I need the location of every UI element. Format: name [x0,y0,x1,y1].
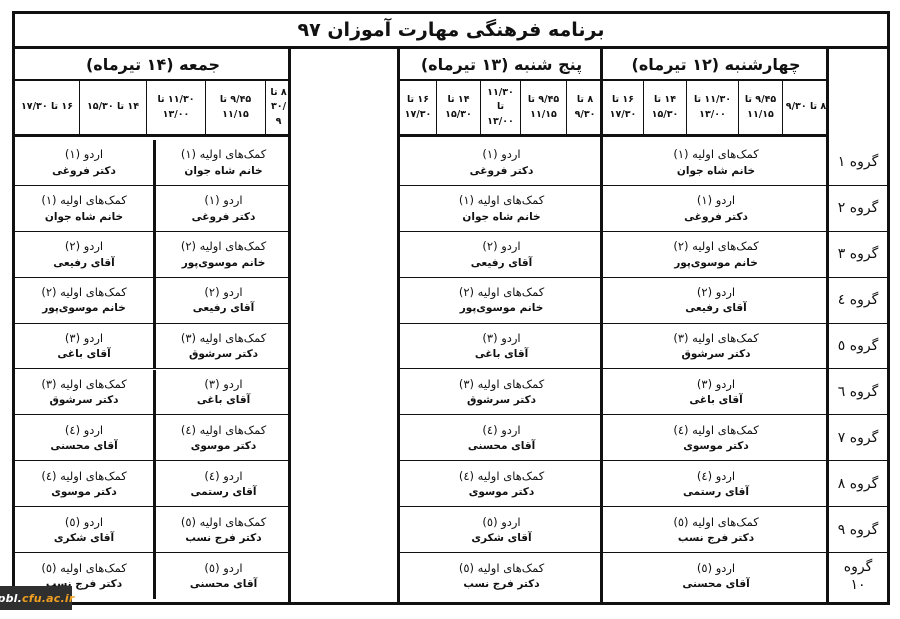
course-name: اردو (۲) [697,283,735,301]
course-name: کمک‌های اولیه (۳) [181,329,266,347]
session-cell-morning: کمک‌های اولیه (٤)دکتر موسوی [153,415,291,460]
session-cell: اردو (۳)آقای باغی [603,370,829,415]
course-name: کمک‌های اولیه (٤) [41,467,126,485]
group-rows: گروه ۱گروه ۲گروه ۳گروه ٤گروه ٥گروه ٦گروه… [829,140,887,602]
session-cell: اردو (٤)آقای محسنی [400,415,603,460]
table-row: کمک‌های اولیه (٥)دکتر فرج نسب [603,507,829,553]
teacher-name: آقای محسنی [468,439,535,455]
course-name: اردو (٥) [204,559,242,577]
course-name: کمک‌های اولیه (۱) [41,191,126,209]
teacher-name: آقای محسنی [50,439,117,455]
session-cell: کمک‌های اولیه (٤)دکتر موسوی [400,461,603,506]
group-label: گروه ۳ [829,232,887,278]
teacher-name: خانم شاه جوان [184,164,262,180]
session-cell-morning: اردو (٤)آقای رستمی [153,461,291,506]
course-name: کمک‌های اولیه (۲) [181,237,266,255]
table-row: اردو (۲)آقای رفیعی [603,278,829,324]
table-row: کمک‌های اولیه (٥)دکتر فرج نسب [400,553,603,599]
teacher-name: دکتر سرشوق [681,347,750,363]
course-name: کمک‌های اولیه (۱) [181,145,266,163]
table-row: اردو (۱)دکتر فروغی [400,140,603,186]
time-slot: ۹/۴۵ تا ۱۱/۱۵ [520,81,566,134]
session-cell-morning: کمک‌های اولیه (۲)خانم موسوی‌پور [153,232,291,277]
teacher-name: دکتر فروغی [192,210,256,226]
table-row: کمک‌های اولیه (٤)دکتر موسوی [400,461,603,507]
teacher-name: آقای رفیعی [53,256,114,272]
session-cell: کمک‌های اولیه (٥)دکتر فرج نسب [603,507,829,552]
teacher-name: آقای شکری [471,531,531,547]
course-name: اردو (٤) [482,421,520,439]
table-row: کمک‌های اولیه (٤)دکتر موسویاردو (٤)آقای … [15,415,291,461]
time-slot: ۱۱/۳۰ تا ۱۳/۰۰ [146,81,205,134]
teacher-name: آقای رفیعی [193,301,254,317]
day-column-thursday: پنج شنبه (۱۳ تیرماه) ۸ تا ۹/۳۰۹/۴۵ تا ۱۱… [397,49,603,602]
course-name: اردو (۳) [482,329,520,347]
teacher-name: آقای شکری [54,531,114,547]
session-cell: کمک‌های اولیه (٥)دکتر فرج نسب [400,553,603,599]
table-row: اردو (۳)آقای باغی [400,324,603,370]
teacher-name: دکتر فرج نسب [678,531,754,547]
teacher-name: آقای محسنی [190,577,257,593]
teacher-name: آقای باغی [475,347,528,363]
course-name: کمک‌های اولیه (۱) [673,145,758,163]
time-slot: ۱۴ تا ۱۵/۳۰ [436,81,480,134]
session-cell-afternoon: اردو (۱)دکتر فروغی [15,140,153,185]
course-name: کمک‌های اولیه (٥) [673,513,758,531]
teacher-name: دکتر سرشوق [467,393,536,409]
session-cell: کمک‌های اولیه (۱)خانم شاه جوان [400,186,603,231]
table-row: اردو (۱)دکتر فروغیکمک‌های اولیه (۱)خانم … [15,186,291,232]
table-row: اردو (۲)آقای رفیعی [400,232,603,278]
course-name: اردو (۱) [65,145,103,163]
course-name: کمک‌های اولیه (۲) [459,283,544,301]
empty-separator-column [288,49,400,602]
course-name: کمک‌های اولیه (۳) [673,329,758,347]
time-slot: ۸ تا ۹/۳۰ [782,81,829,134]
course-name: اردو (٥) [482,513,520,531]
watermark-prefix: pbl. [0,592,22,605]
teacher-name: آقای باغی [689,393,742,409]
schedule-sheet: برنامه فرهنگی مهارت آموزان ۹۷ گروه ۱گروه… [12,11,890,605]
time-slots-wednesday: ۸ تا ۹/۳۰۹/۴۵ تا ۱۱/۱۵۱۱/۳۰ تا ۱۳/۰۰۱۴ ت… [603,81,829,137]
session-cell: کمک‌های اولیه (۲)خانم موسوی‌پور [400,278,603,323]
time-slot: ۹/۴۵ تا ۱۱/۱۵ [205,81,265,134]
time-slot: ۱۶ تا ۱۷/۳۰ [15,81,79,134]
session-cell: کمک‌های اولیه (۱)خانم شاه جوان [603,140,829,185]
session-cell-morning: اردو (٥)آقای محسنی [153,553,291,599]
time-slot: ۱۶ تا ۱۷/۳۰ [400,81,436,134]
teacher-name: دکتر فرج نسب [463,577,539,593]
time-slot: ۱۴ تا ۱۵/۳۰ [79,81,146,134]
table-row: اردو (٥)آقای شکری [400,507,603,553]
teacher-name: دکتر موسوی [51,485,117,501]
group-label: گروه ٥ [829,324,887,370]
course-name: اردو (۲) [204,283,242,301]
day-header-wednesday: چهارشنبه (۱۲ تیرماه) [603,49,829,81]
table-row: اردو (۱)دکتر فروغی [603,186,829,232]
course-name: اردو (۱) [482,145,520,163]
sessions-friday: کمک‌های اولیه (۱)خانم شاه جواناردو (۱)دک… [15,140,291,602]
session-cell: اردو (٤)آقای رستمی [603,461,829,506]
table-row: کمک‌های اولیه (۲)خانم موسوی‌پور [400,278,603,324]
group-label: گروه ۸ [829,461,887,507]
course-name: کمک‌های اولیه (٤) [459,467,544,485]
teacher-name: دکتر سرشوق [49,393,118,409]
group-column: گروه ۱گروه ۲گروه ۳گروه ٤گروه ٥گروه ٦گروه… [826,49,887,602]
session-cell: اردو (٥)آقای محسنی [603,553,829,599]
session-cell-afternoon: کمک‌های اولیه (٤)دکتر موسوی [15,461,153,506]
table-row: کمک‌های اولیه (۳)دکتر سرشوق [400,370,603,416]
teacher-name: خانم شاه جوان [45,210,123,226]
course-name: اردو (٤) [65,421,103,439]
course-name: کمک‌های اولیه (٤) [673,421,758,439]
teacher-name: دکتر فروغی [470,164,534,180]
session-cell-afternoon: کمک‌های اولیه (۳)دکتر سرشوق [15,370,153,415]
session-cell-afternoon: کمک‌های اولیه (۲)خانم موسوی‌پور [15,278,153,323]
teacher-name: آقای رستمی [683,485,749,501]
course-name: اردو (٤) [204,467,242,485]
table-row: اردو (٥)آقای محسنی [603,553,829,599]
teacher-name: دکتر موسوی [469,485,535,501]
session-cell: اردو (۲)آقای رفیعی [603,278,829,323]
teacher-name: دکتر فروغی [684,210,748,226]
table-row: اردو (۲)آقای رفیعیکمک‌های اولیه (۲)خانم … [15,278,291,324]
teacher-name: خانم موسوی‌پور [460,301,544,317]
course-name: اردو (۱) [204,191,242,209]
session-cell: کمک‌های اولیه (۳)دکتر سرشوق [400,370,603,415]
table-row: کمک‌های اولیه (۱)خانم شاه جواناردو (۱)دک… [15,140,291,186]
course-name: اردو (۲) [65,237,103,255]
course-name: کمک‌های اولیه (٥) [459,559,544,577]
time-slot: ۱۱/۳۰ تا ۱۳/۰۰ [686,81,738,134]
group-label: گروه ٦ [829,370,887,416]
time-slots-friday: ۸ تا /۳۰ ۹۹/۴۵ تا ۱۱/۱۵۱۱/۳۰ تا ۱۳/۰۰۱۴ … [15,81,291,137]
time-slot: ۱۶ تا ۱۷/۳۰ [603,81,643,134]
teacher-name: خانم موسوی‌پور [42,301,126,317]
watermark-domain: cfu.ac.ir [22,592,74,605]
session-cell: کمک‌های اولیه (٤)دکتر موسوی [603,415,829,460]
teacher-name: دکتر فرج نسب [185,531,261,547]
teacher-name: دکتر سرشوق [189,347,258,363]
table-row: اردو (٤)آقای رستمی [603,461,829,507]
session-cell: کمک‌های اولیه (۳)دکتر سرشوق [603,324,829,369]
table-row: کمک‌های اولیه (۲)خانم موسوی‌پور [603,232,829,278]
session-cell-afternoon: اردو (۲)آقای رفیعی [15,232,153,277]
group-label: گروه ٤ [829,278,887,324]
teacher-name: خانم موسوی‌پور [182,256,266,272]
session-cell: اردو (۱)دکتر فروغی [603,186,829,231]
course-name: اردو (۳) [697,375,735,393]
time-slot: ۹/۴۵ تا ۱۱/۱۵ [738,81,782,134]
session-cell-morning: اردو (۱)دکتر فروغی [153,186,291,231]
teacher-name: خانم شاه جوان [677,164,755,180]
session-cell-afternoon: اردو (٤)آقای محسنی [15,415,153,460]
course-name: کمک‌های اولیه (۲) [673,237,758,255]
course-name: کمک‌های اولیه (٤) [181,421,266,439]
table-row: اردو (٤)آقای رستمیکمک‌های اولیه (٤)دکتر … [15,461,291,507]
table-row: کمک‌های اولیه (۳)دکتر سرشوق [603,324,829,370]
teacher-name: خانم شاه جوان [462,210,540,226]
group-label: گروه ۱۰ [829,553,887,599]
group-label: گروه ۱ [829,140,887,186]
session-cell: اردو (٥)آقای شکری [400,507,603,552]
sessions-wednesday: کمک‌های اولیه (۱)خانم شاه جواناردو (۱)دک… [603,140,829,602]
session-cell: اردو (۳)آقای باغی [400,324,603,369]
teacher-name: آقای محسنی [682,577,749,593]
course-name: کمک‌های اولیه (٥) [41,559,126,577]
teacher-name: دکتر موسوی [683,439,749,455]
table-row: کمک‌های اولیه (۲)خانم موسوی‌پوراردو (۲)آ… [15,232,291,278]
session-cell-morning: کمک‌های اولیه (۱)خانم شاه جوان [153,140,291,185]
schedule-grid: گروه ۱گروه ۲گروه ۳گروه ٤گروه ٥گروه ٦گروه… [15,49,887,602]
time-slots-thursday: ۸ تا ۹/۳۰۹/۴۵ تا ۱۱/۱۵۱۱/۳۰ تا ۱۳/۰۰۱۴ ت… [400,81,603,137]
teacher-name: دکتر فروغی [52,164,116,180]
schedule-title: برنامه فرهنگی مهارت آموزان ۹۷ [15,14,887,49]
course-name: اردو (٥) [65,513,103,531]
session-cell-afternoon: کمک‌های اولیه (۱)خانم شاه جوان [15,186,153,231]
session-cell: کمک‌های اولیه (۲)خانم موسوی‌پور [603,232,829,277]
course-name: اردو (۳) [65,329,103,347]
teacher-name: دکتر موسوی [191,439,257,455]
table-row: اردو (۳)آقای باغیکمک‌های اولیه (۳)دکتر س… [15,370,291,416]
time-slot: ۸ تا /۳۰ ۹ [265,81,291,134]
table-row: کمک‌های اولیه (۱)خانم شاه جوان [400,186,603,232]
table-row: کمک‌های اولیه (٤)دکتر موسوی [603,415,829,461]
teacher-name: آقای رفیعی [685,301,746,317]
teacher-name: آقای باغی [57,347,110,363]
session-cell: اردو (۲)آقای رفیعی [400,232,603,277]
session-cell-morning: کمک‌های اولیه (٥)دکتر فرج نسب [153,507,291,552]
session-cell-morning: کمک‌های اولیه (۳)دکتر سرشوق [153,324,291,369]
course-name: اردو (۲) [482,237,520,255]
group-label: گروه ۹ [829,507,887,553]
time-slot: ۱۱/۳۰ تا ۱۳/۰۰ [480,81,520,134]
teacher-name: خانم موسوی‌پور [674,256,758,272]
teacher-name: آقای رفیعی [471,256,532,272]
course-name: اردو (۳) [204,375,242,393]
table-row: کمک‌های اولیه (٥)دکتر فرج نسباردو (٥)آقا… [15,507,291,553]
table-row: اردو (۳)آقای باغی [603,370,829,416]
course-name: کمک‌های اولیه (۲) [41,283,126,301]
teacher-name: آقای رستمی [191,485,257,501]
group-label: گروه ۷ [829,415,887,461]
time-slot: ۸ تا ۹/۳۰ [566,81,603,134]
session-cell-morning: اردو (۲)آقای رفیعی [153,278,291,323]
course-name: اردو (٤) [697,467,735,485]
teacher-name: آقای باغی [197,393,250,409]
time-slot: ۱۴ تا ۱۵/۳۰ [643,81,686,134]
day-column-wednesday: چهارشنبه (۱۲ تیرماه) ۸ تا ۹/۳۰۹/۴۵ تا ۱۱… [600,49,829,602]
table-row: کمک‌های اولیه (۳)دکتر سرشوقاردو (۳)آقای … [15,324,291,370]
session-cell-afternoon: اردو (٥)آقای شکری [15,507,153,552]
course-name: اردو (۱) [697,191,735,209]
day-header-friday: جمعه (۱۴ تیرماه) [15,49,291,81]
table-row: کمک‌های اولیه (۱)خانم شاه جوان [603,140,829,186]
course-name: کمک‌های اولیه (۳) [41,375,126,393]
day-header-thursday: پنج شنبه (۱۳ تیرماه) [400,49,603,81]
table-row: اردو (٤)آقای محسنی [400,415,603,461]
course-name: اردو (٥) [697,559,735,577]
session-cell: اردو (۱)دکتر فروغی [400,140,603,185]
site-watermark: pbl.cfu.ac.ir [0,586,72,610]
session-cell-afternoon: اردو (۳)آقای باغی [15,324,153,369]
day-column-friday: جمعه (۱۴ تیرماه) ۸ تا /۳۰ ۹۹/۴۵ تا ۱۱/۱۵… [15,49,291,602]
course-name: کمک‌های اولیه (٥) [181,513,266,531]
sessions-thursday: اردو (۱)دکتر فروغیکمک‌های اولیه (۱)خانم … [400,140,603,602]
course-name: کمک‌های اولیه (۱) [459,191,544,209]
session-cell-morning: اردو (۳)آقای باغی [153,370,291,415]
course-name: کمک‌های اولیه (۳) [459,375,544,393]
group-label: گروه ۲ [829,186,887,232]
